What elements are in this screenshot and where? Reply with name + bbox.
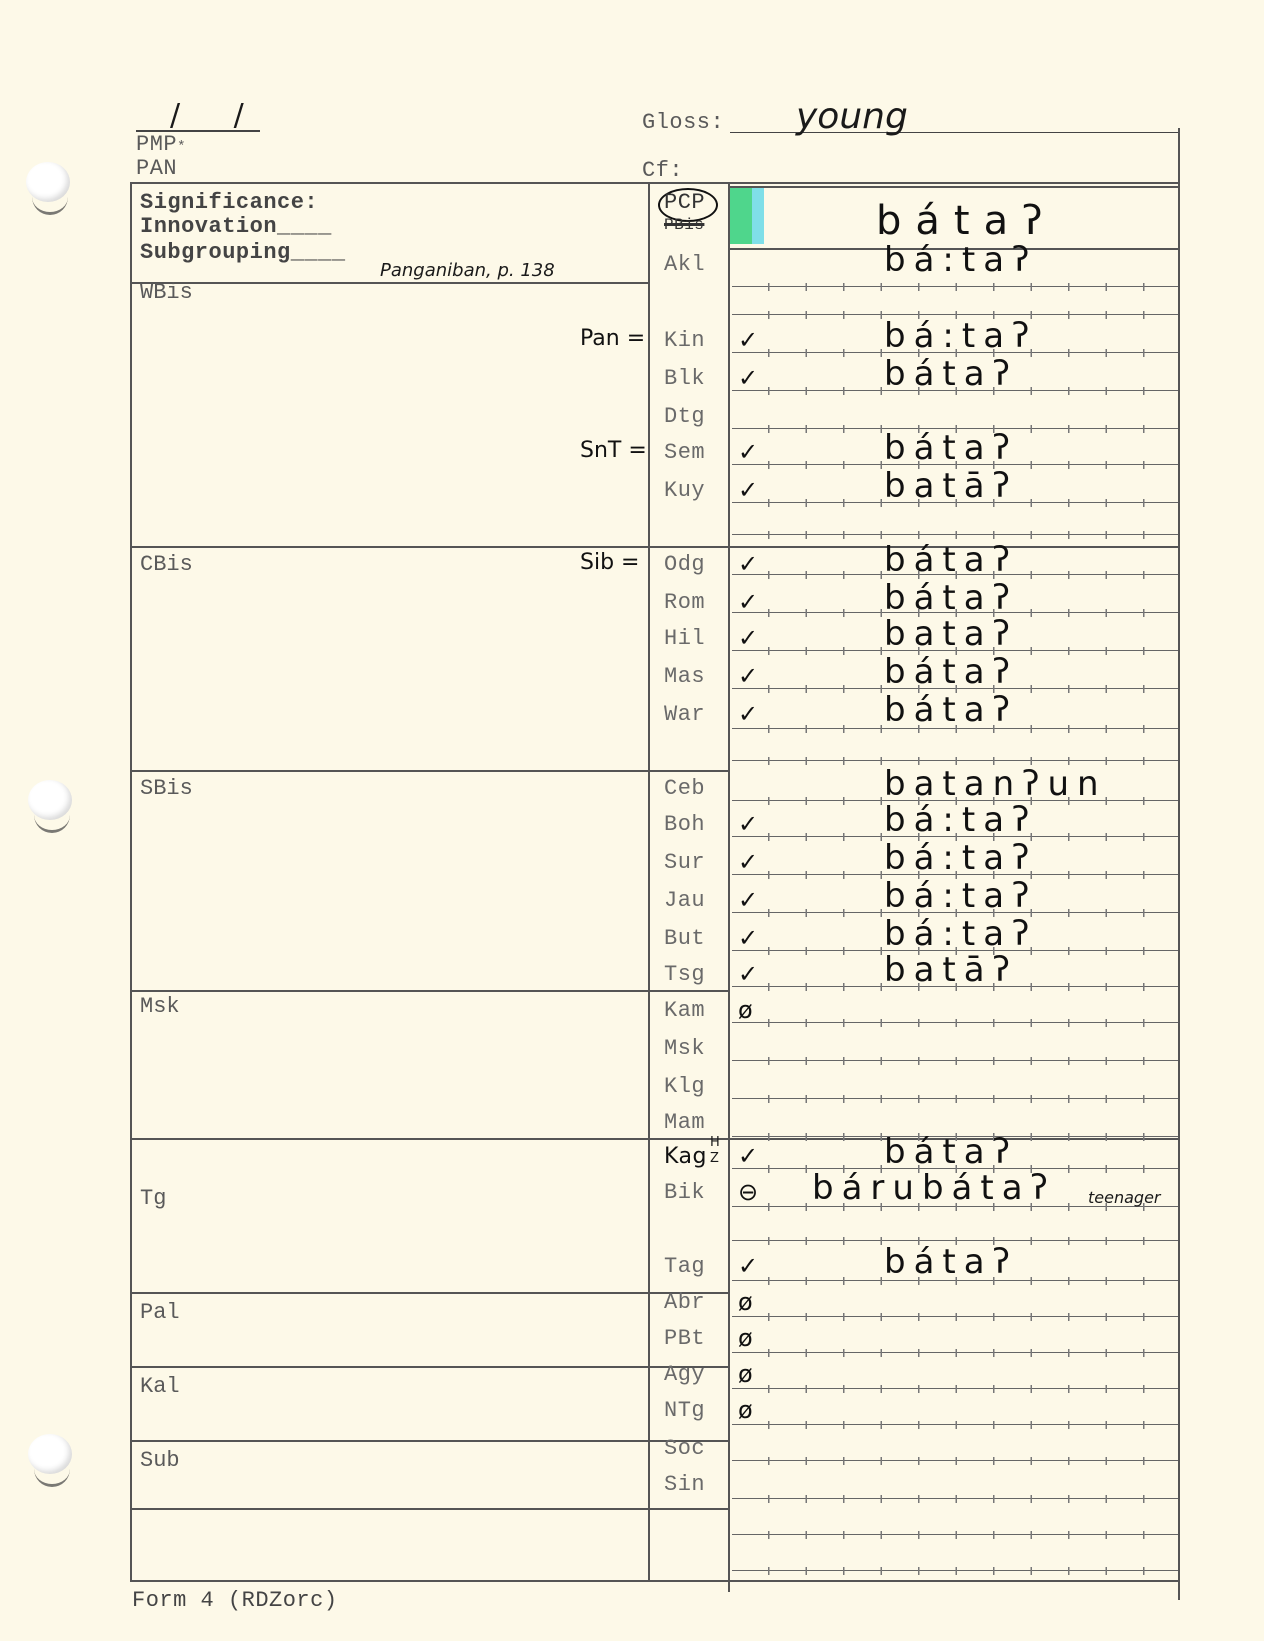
date-marks: / /: [170, 98, 266, 133]
check-mark-icon: ✓: [738, 1142, 758, 1170]
pmp-label: PMP*: [136, 132, 186, 157]
language-code: Klg: [664, 1074, 726, 1099]
ruled-line: [732, 534, 1178, 535]
gloss-value: young: [796, 96, 908, 137]
group-label-kal: Kal: [140, 1374, 180, 1399]
language-code: Sur: [664, 850, 726, 875]
dialect-equivalence-note: Pan =: [580, 326, 645, 351]
cognate-form: bá:taʔ: [884, 316, 1037, 356]
language-code: Akl: [664, 252, 726, 277]
group-label-tg: Tg: [140, 1186, 166, 1211]
language-code: Tsg: [664, 962, 726, 987]
ruled-line: [732, 1388, 1178, 1389]
null-sign-icon: ø: [738, 1324, 753, 1352]
language-code: PBt: [664, 1326, 726, 1351]
cognate-form: bátaʔ: [884, 578, 1018, 618]
group-label-sbis: SBis: [140, 776, 193, 801]
cognate-form: bátaʔ: [884, 652, 1018, 692]
ruled-line: [732, 1316, 1178, 1317]
group-label-wbis: WBis: [140, 280, 193, 305]
group-label-sub: Sub: [140, 1448, 180, 1473]
minus-circle-icon: ⊖: [738, 1178, 758, 1206]
language-code: Odg: [664, 552, 726, 577]
check-mark-icon: ✓: [738, 960, 758, 988]
punch-hole-shadow: [32, 194, 68, 215]
group-label-cbis: CBis: [140, 552, 193, 577]
ruled-line: [732, 1240, 1178, 1241]
cognate-form: batāʔ: [884, 466, 1018, 506]
language-code: Soc: [664, 1436, 726, 1461]
language-subscript: Z: [710, 1152, 719, 1165]
cognate-form: bataʔ: [884, 614, 1018, 654]
frame-left: [130, 182, 132, 1580]
cognate-form: batāʔ: [884, 950, 1018, 990]
cognate-form: batanʔun: [884, 764, 1107, 804]
cognate-form: bá:taʔ: [884, 914, 1037, 954]
frame-top: [130, 182, 1178, 184]
significance-title: Significance:: [140, 190, 318, 215]
check-mark-icon: ✓: [738, 848, 758, 876]
gloss-label: Gloss:: [642, 110, 724, 135]
check-mark-icon: ✓: [738, 438, 758, 466]
ruled-line: [732, 286, 1178, 287]
divider-sub-bottom: [130, 1508, 728, 1510]
significance-bottom: [130, 282, 648, 284]
cognate-form: bá:taʔ: [884, 876, 1037, 916]
reconstructed-form: bátaʔ: [876, 198, 1057, 244]
cognate-form: bátaʔ: [884, 1242, 1018, 1282]
ruled-line: [732, 760, 1178, 761]
language-code: Kin: [664, 328, 726, 353]
dialect-equivalence-note: SnT =: [580, 438, 647, 463]
divider-wbis-cbis: [130, 546, 1178, 548]
cognate-form: bá:taʔ: [884, 800, 1037, 840]
highlighter-mark: [730, 188, 764, 244]
check-mark-icon: ✓: [738, 588, 758, 616]
cognate-form: bá:taʔ: [884, 838, 1037, 878]
language-code: Bik: [664, 1180, 726, 1205]
form-label: Form 4 (RDZorc): [132, 1588, 338, 1613]
ruled-line: [732, 1424, 1178, 1425]
ruled-line: [732, 1570, 1178, 1571]
cognate-form: bá:taʔ: [884, 240, 1037, 280]
language-code: Sem: [664, 440, 726, 465]
group-label-msk: Msk: [140, 994, 180, 1019]
ruled-line: [732, 1060, 1178, 1061]
column-divider-right: [728, 182, 730, 1592]
ruled-line: [732, 1098, 1178, 1099]
null-sign-icon: ø: [738, 1396, 753, 1424]
language-code: Boh: [664, 812, 726, 837]
source-note: Panganiban, p. 138: [380, 260, 555, 281]
language-code: Agy: [664, 1362, 726, 1387]
cognate-form: bátaʔ: [884, 540, 1018, 580]
innovation-field: Innovation____: [140, 214, 332, 239]
language-code: War: [664, 702, 726, 727]
language-code: Jau: [664, 888, 726, 913]
check-mark-icon: ✓: [738, 326, 758, 354]
ruled-line: [732, 1352, 1178, 1353]
language-code: Abr: [664, 1290, 726, 1315]
frame-bottom: [130, 1580, 1178, 1582]
divider-kal-sub: [130, 1440, 728, 1442]
language-code: NTg: [664, 1398, 726, 1423]
check-mark-icon: ✓: [738, 550, 758, 578]
null-sign-icon: ø: [738, 1288, 753, 1316]
ruled-line: [732, 1498, 1178, 1499]
language-code: Ceb: [664, 776, 726, 801]
struck-proto-label: PBis: [664, 216, 704, 234]
check-mark-icon: ✓: [738, 1252, 758, 1280]
language-code: Mam: [664, 1110, 726, 1135]
ruled-line: [732, 1534, 1178, 1535]
cognate-form: bárubátaʔ: [812, 1168, 1056, 1208]
check-mark-icon: ✓: [738, 476, 758, 504]
divider-cbis-sbis: [130, 770, 728, 772]
cognate-form: bátaʔ: [884, 428, 1018, 468]
check-mark-icon: ✓: [738, 924, 758, 952]
language-code: Rom: [664, 590, 726, 615]
gloss-note: teenager: [1088, 1188, 1160, 1207]
check-mark-icon: ✓: [738, 810, 758, 838]
language-code: Kam: [664, 998, 726, 1023]
pmp-text: PMP: [136, 132, 177, 157]
null-sign-icon: ø: [738, 996, 753, 1024]
check-mark-icon: ✓: [738, 700, 758, 728]
language-superscript: H: [710, 1136, 720, 1149]
language-code: Mas: [664, 664, 726, 689]
group-label-pal: Pal: [140, 1300, 180, 1325]
cognate-form: bátaʔ: [884, 354, 1018, 394]
dialect-equivalence-note: Sib =: [580, 550, 639, 575]
language-code: But: [664, 926, 726, 951]
divider-sbis-msk: [130, 990, 728, 992]
ruled-line: [732, 1022, 1178, 1023]
language-code: Tag: [664, 1254, 726, 1279]
frame-right: [1178, 128, 1180, 1600]
subgrouping-field: Subgrouping____: [140, 240, 346, 265]
column-divider-left: [648, 182, 650, 1580]
check-mark-icon: ✓: [738, 364, 758, 392]
null-sign-icon: ø: [738, 1360, 753, 1388]
language-code: Sin: [664, 1472, 726, 1497]
divider-tg-pal: [130, 1292, 728, 1294]
cf-label: Cf:: [642, 158, 683, 183]
check-mark-icon: ✓: [738, 624, 758, 652]
pmp-asterisk: *: [177, 139, 186, 155]
check-mark-icon: ✓: [738, 886, 758, 914]
ruled-line: [732, 314, 1178, 315]
divider-pal-kal: [130, 1366, 728, 1368]
language-code: Kuy: [664, 478, 726, 503]
language-code: Msk: [664, 1036, 726, 1061]
cognate-form: bátaʔ: [884, 690, 1018, 730]
language-code: Hil: [664, 626, 726, 651]
check-mark-icon: ✓: [738, 662, 758, 690]
pan-label: PAN: [136, 156, 177, 181]
language-code: Blk: [664, 366, 726, 391]
proto-label: PCP: [664, 190, 705, 215]
punch-hole-shadow: [34, 1466, 70, 1487]
punch-hole-shadow: [34, 812, 70, 833]
language-code: Dtg: [664, 404, 726, 429]
ruled-line: [732, 1460, 1178, 1461]
cognate-form: bátaʔ: [884, 1132, 1018, 1172]
